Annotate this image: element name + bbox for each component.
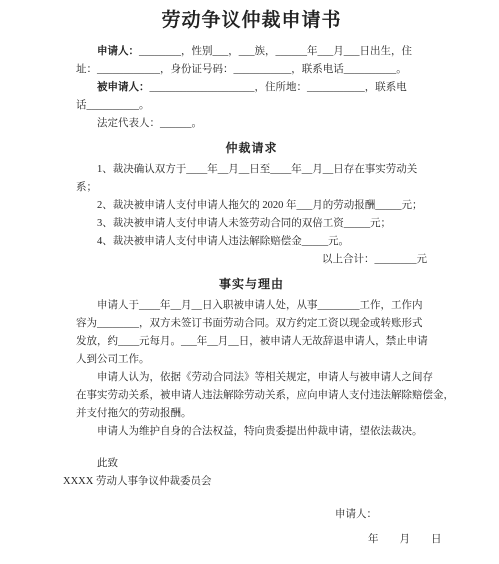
request-section-heading: 仲裁请求 [76,139,427,157]
applicant-label: 申请人： [97,46,139,57]
signature-applicant-label: 申请人： [335,506,427,524]
respondent-line-2: 话__________。 [76,97,427,115]
respondent-label: 被申请人： [97,82,150,93]
committee-name-line: XXXX 劳动人事争议仲裁委员会 [63,473,427,491]
applicant-line-1-blanks: ________，性别___，___族，______年___月___日出生，住 [139,46,412,57]
signature-date-line: 年 月 日 [335,531,427,549]
request-item-2: 2、裁决被申请人支付申请人拖欠的 2020 年___月的劳动报酬_____元； [76,197,427,215]
facts-p1-line-2: 容为________，双方未签订书面劳动合同。双方约定工资以现金或转账形式 [76,315,427,333]
signature-block: 申请人： 年 月 日 [335,506,427,549]
request-item-1-line-1: 1、裁决确认双方于____年__月__日至____年__月__日存在事实劳动关 [76,161,427,179]
closing-salute: 此致 [76,455,427,473]
request-total-line: 以上合计：________元 [76,251,427,269]
facts-p2-line-2: 在事实劳动关系，被申请人违法解除劳动关系，应向申请人支付违法解除赔偿金， [76,387,427,405]
applicant-line-1: 申请人：________，性别___，___族，______年___月___日出… [76,43,427,61]
document-title: 劳动争议仲裁申请书 [76,9,427,33]
applicant-line-2: 址：____________，身份证号码：___________，联系电话___… [76,61,427,79]
request-item-4: 4、裁决被申请人支付申请人违法解除赔偿金_____元。 [76,233,427,251]
facts-p1-line-4: 人到公司工作。 [76,351,427,369]
facts-p1-line-1: 申请人于____年__月__日入职被申请人处，从事________工作，工作内 [76,297,427,315]
facts-p3: 申请人为维护自身的合法权益，特向贵委提出仲裁申请，望依法裁决。 [76,423,427,441]
facts-p2-line-1: 申请人认为，依据《劳动合同法》等相关规定，申请人与被申请人之间存 [76,369,427,387]
facts-section-heading: 事实与理由 [76,275,427,293]
respondent-line-1: 被申请人：____________________，住所地：__________… [76,79,427,97]
request-item-1-line-2: 系； [76,179,427,197]
facts-p2-line-3: 并支付拖欠的劳动报酬。 [76,405,427,423]
request-item-3: 3、裁决被申请人支付申请人未签劳动合同的双倍工资_____元； [76,215,427,233]
legal-representative-line: 法定代表人：______。 [76,115,427,133]
respondent-line-1-blanks: ____________________，住所地：___________，联系电 [150,82,407,93]
arbitration-application-document: 劳动争议仲裁申请书 申请人：________，性别___，___族，______… [0,0,499,564]
facts-p1-line-3: 发放，约____元每月。___年__月__日，被申请人无故辞退申请人，禁止申请 [76,333,427,351]
